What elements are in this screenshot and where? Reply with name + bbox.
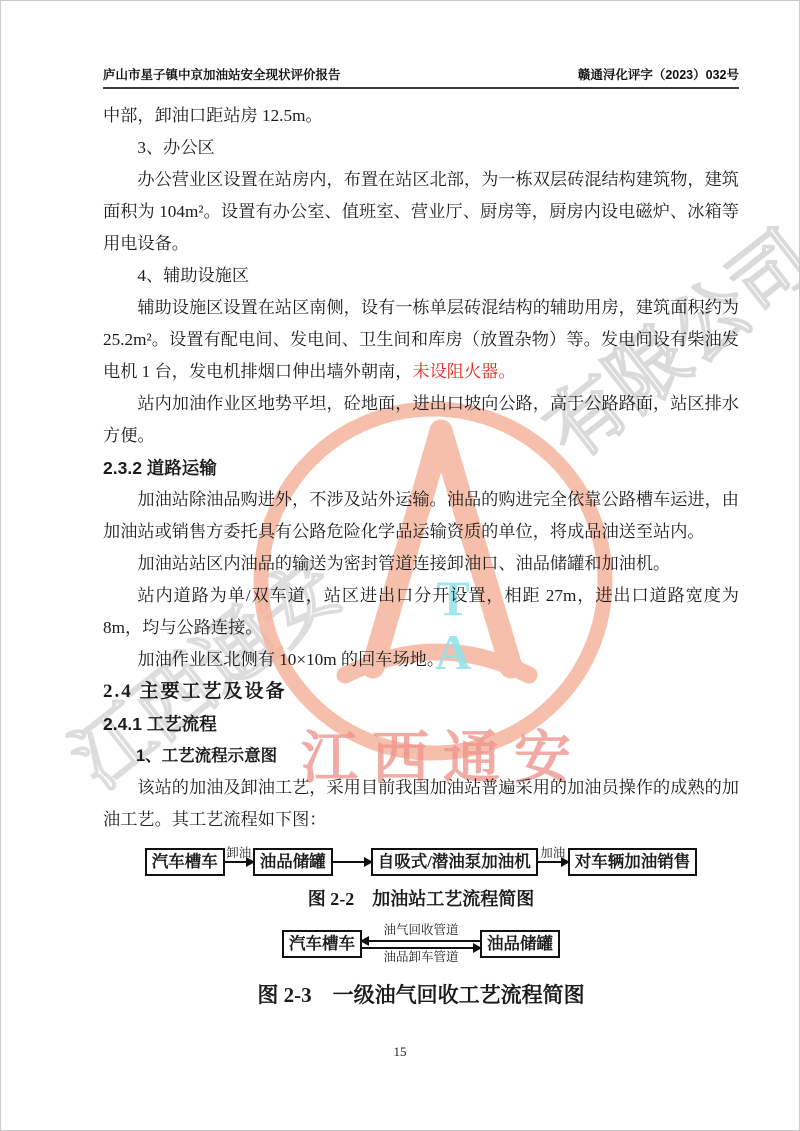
paragraph-auxiliary-area: 辅助设施区设置在站区南侧，设有一栋单层砖混结构的辅助用房，建筑面积约为 25.2… [103, 292, 739, 388]
paragraph-site-road: 站内道路为单/双车道，站区进出口分开设置，相距 27m，进出口道路宽度为 8m，… [103, 580, 739, 644]
flow-box-tank-truck: 汽车槽车 [145, 848, 225, 876]
subheading-process-flow: 1、工艺流程示意图 [103, 740, 739, 772]
vapor-arrow-recovery [362, 940, 480, 942]
report-page: 有限公司 江西通安 T A 江西通安 庐山市星子镇中京加油站安全现状评价报告 赣… [0, 0, 800, 1131]
paragraph-turnaround-area: 加油作业区北侧有 10×10m 的回车场地。 [103, 644, 739, 676]
section-heading-2-3-2: 2.3.2 道路运输 [103, 452, 739, 484]
heading-auxiliary-area: 4、辅助设施区 [103, 260, 739, 292]
red-highlight-no-flame-arrester: 未设阻火器。 [412, 362, 515, 381]
flow-box-storage-tank: 油品储罐 [253, 848, 333, 876]
flow-arrow-unload-label: 卸油 [226, 847, 251, 860]
page-header: 庐山市星子镇中京加油站安全现状评价报告 赣通浔化评字（2023）032号 [103, 1, 739, 89]
vapor-arrows: 油气回收管道 油品卸车管道 [362, 924, 480, 964]
header-doc-number: 赣通浔化评字（2023）032号 [578, 65, 739, 83]
vapor-bottom-arrow-label: 油品卸车管道 [383, 951, 458, 964]
paragraph-site-ground: 站内加油作业区地势平坦，砼地面，进出口坡向公路，高于公路路面，站区排水方便。 [103, 388, 739, 452]
fuel-flow-diagram: 汽车槽车 卸油 油品储罐 自吸式/潜油泵加油机 加油 对车辆加油销售 [103, 848, 739, 876]
flow-arrow-refuel-label: 加油 [540, 847, 565, 860]
paragraph-road-transport: 加油站除油品购进外，不涉及站外运输。油品的购进完全依靠公路槽车运进，由加油站或销… [103, 484, 739, 548]
vapor-arrow-unloading [362, 947, 480, 949]
heading-office-area: 3、办公区 [103, 132, 739, 164]
paragraph-office-area: 办公营业区设置在站房内，布置在站区北部，为一栋双层砖混结构建筑物，建筑面积为 1… [103, 164, 739, 260]
vapor-box-storage-tank: 油品储罐 [480, 930, 560, 958]
figure-2-2-caption: 图 2-2 加油站工艺流程简图 [103, 885, 739, 911]
paragraph-process-intro: 该站的加油及卸油工艺，采用目前我国加油站普遍采用的加油员操作的成熟的加油工艺。其… [103, 772, 739, 836]
vapor-top-arrow-label: 油气回收管道 [383, 924, 458, 937]
flow-box-vehicle-sales: 对车辆加油销售 [568, 848, 698, 876]
flow-arrow-unload: 卸油 [225, 861, 253, 863]
paragraph-continued: 中部，卸油口距站房 12.5m。 [103, 100, 739, 132]
flow-box-dispenser: 自吸式/潜油泵加油机 [371, 848, 538, 876]
section-heading-2-4: 2.4 主要工艺及设备 [103, 676, 739, 708]
flow-arrow-plain [333, 861, 371, 863]
vapor-box-tank-truck: 汽车槽车 [282, 930, 362, 958]
body-text: 中部，卸油口距站房 12.5m。 3、办公区 办公营业区设置在站房内，布置在站区… [103, 100, 739, 836]
flow-arrow-refuel: 加油 [538, 861, 568, 863]
section-heading-2-4-1: 2.4.1 工艺流程 [103, 708, 739, 740]
page-content: 庐山市星子镇中京加油站安全现状评价报告 赣通浔化评字（2023）032号 中部，… [103, 1, 739, 1009]
paragraph-pipeline: 加油站站区内油品的输送为密封管道连接卸油口、油品储罐和加油机。 [103, 548, 739, 580]
page-number: 15 [1, 1044, 799, 1060]
header-report-title: 庐山市星子镇中京加油站安全现状评价报告 [103, 65, 341, 83]
vapor-recovery-diagram: 汽车槽车 油气回收管道 油品卸车管道 油品储罐 [103, 924, 739, 964]
figure-2-3-caption: 图 2-3 一级油气回收工艺流程简图 [103, 979, 739, 1009]
